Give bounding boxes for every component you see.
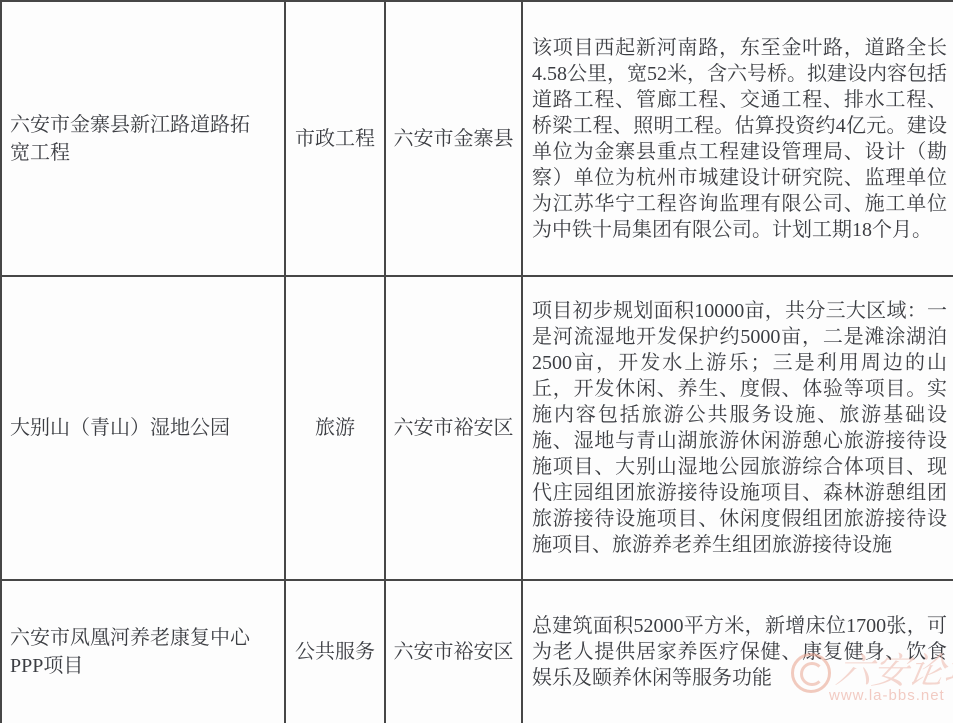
document-page: 六安市金寨县新江路道路拓宽工程 市政工程 六安市金寨县 该项目西起新河南路，东至… — [0, 0, 953, 723]
project-name-cell: 大别山（青山）湿地公园 — [1, 276, 285, 580]
project-category: 公共服务 — [288, 639, 382, 665]
project-location: 六安市裕安区 — [388, 639, 519, 665]
project-category-cell: 公共服务 — [285, 580, 385, 723]
project-name: 六安市凤凰河养老康复中心PPP项目 — [10, 624, 268, 680]
project-location: 六安市裕安区 — [388, 415, 519, 441]
project-location-cell: 六安市裕安区 — [385, 580, 522, 723]
project-category-cell: 市政工程 — [285, 1, 385, 276]
project-category-cell: 旅游 — [285, 276, 385, 580]
project-description: 该项目西起新河南路，东至金叶路，道路全长4.58公里，宽52米，含六号桥。拟建设… — [532, 35, 947, 243]
project-location-cell: 六安市裕安区 — [385, 276, 522, 580]
project-description-cell: 总建筑面积52000平方米，新增床位1700张，可为老人提供居家养医疗保健、康复… — [522, 580, 953, 723]
project-name-cell: 六安市凤凰河养老康复中心PPP项目 — [1, 580, 285, 723]
project-name: 大别山（青山）湿地公园 — [10, 414, 268, 442]
project-description-cell: 项目初步规划面积10000亩，共分三大区域：一是河流湿地开发保护约5000亩，二… — [522, 276, 953, 580]
table-row: 六安市凤凰河养老康复中心PPP项目 公共服务 六安市裕安区 总建筑面积52000… — [1, 580, 953, 723]
project-category: 市政工程 — [288, 126, 382, 152]
table-row: 大别山（青山）湿地公园 旅游 六安市裕安区 项目初步规划面积10000亩，共分三… — [1, 276, 953, 580]
table-row: 六安市金寨县新江路道路拓宽工程 市政工程 六安市金寨县 该项目西起新河南路，东至… — [1, 1, 953, 276]
project-name-cell: 六安市金寨县新江路道路拓宽工程 — [1, 1, 285, 276]
project-description-cell: 该项目西起新河南路，东至金叶路，道路全长4.58公里，宽52米，含六号桥。拟建设… — [522, 1, 953, 276]
project-description: 总建筑面积52000平方米，新增床位1700张，可为老人提供居家养医疗保健、康复… — [532, 613, 947, 691]
project-name: 六安市金寨县新江路道路拓宽工程 — [10, 111, 268, 167]
project-location-cell: 六安市金寨县 — [385, 1, 522, 276]
project-description: 项目初步规划面积10000亩，共分三大区域：一是河流湿地开发保护约5000亩，二… — [532, 298, 947, 558]
project-location: 六安市金寨县 — [388, 126, 519, 152]
projects-table: 六安市金寨县新江路道路拓宽工程 市政工程 六安市金寨县 该项目西起新河南路，东至… — [0, 0, 953, 723]
project-category: 旅游 — [288, 415, 382, 441]
